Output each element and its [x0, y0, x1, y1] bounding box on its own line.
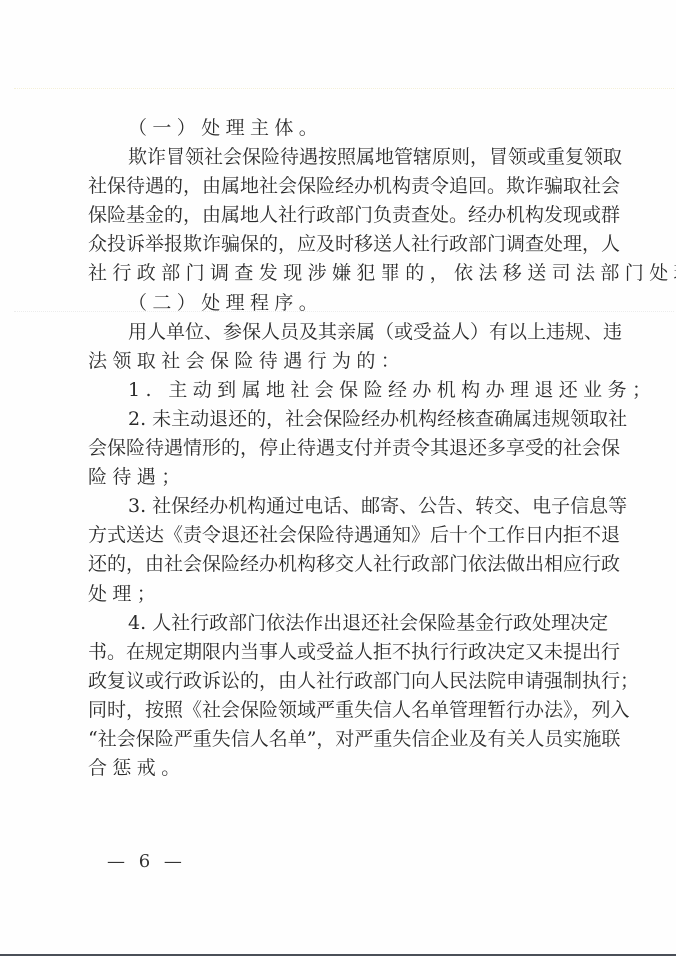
page-number: — 6 — [107, 851, 186, 872]
paragraph-line: 还的，由社会保险经办机构移交人社行政部门依法做出相应行政 [88, 550, 592, 579]
paragraph-line: 社行政部门调查发现涉嫌犯罪的，依法移送司法部门处理。 [88, 259, 592, 288]
list-item-4: 4. 人社行政部门依法作出退还社会保险基金行政处理决定 [88, 609, 592, 638]
section-heading-handling-subject: （一）处理主体。 [88, 114, 592, 143]
paragraph-line: 险待遇； [88, 463, 592, 492]
scan-artifact-line [14, 88, 674, 90]
paragraph-line: 处理； [88, 580, 592, 609]
paragraph-line: 欺诈冒领社会保险待遇按照属地管辖原则，冒领或重复领取 [88, 143, 592, 172]
paragraph-line: 书。在规定期限内当事人或受益人拒不执行行政决定又未提出行 [88, 638, 592, 667]
paragraph-line: 方式送达《责令退还社会保险待遇通知》后十个工作日内拒不退 [88, 521, 592, 550]
paragraph-line: 用人单位、参保人员及其亲属（或受益人）有以上违规、违 [88, 318, 592, 347]
paragraph-line: 合惩戒。 [88, 754, 592, 783]
paragraph-line: 同时，按照《社会保险领域严重失信人名单管理暂行办法》，列入 [88, 696, 592, 725]
document-page: （一）处理主体。 欺诈冒领社会保险待遇按照属地管辖原则，冒领或重复领取 社保待遇… [0, 0, 676, 954]
list-item-2: 2. 未主动退还的，社会保险经办机构经核查确属违规领取社 [88, 405, 592, 434]
paragraph-line: “社会保险严重失信人名单”，对严重失信企业及有关人员实施联 [88, 725, 592, 754]
list-item-3: 3. 社保经办机构通过电话、邮寄、公告、转交、电子信息等 [88, 492, 592, 521]
list-item-1: 1. 主动到属地社会保险经办机构办理退还业务； [88, 376, 592, 405]
paragraph-line: 社保待遇的，由属地社会保险经办机构责令追回。欺诈骗取社会 [88, 172, 592, 201]
section-heading-handling-procedure: （二）处理程序。 [88, 289, 592, 318]
paragraph-line: 政复议或行政诉讼的，由人社行政部门向人民法院申请强制执行； [88, 667, 592, 696]
paragraph-line: 保险基金的，由属地人社行政部门负责查处。经办机构发现或群 [88, 201, 592, 230]
paragraph-line: 会保险待遇情形的，停止待遇支付并责令其退还多享受的社会保 [88, 434, 592, 463]
paragraph-line: 法领取社会保险待遇行为的： [88, 347, 592, 376]
paragraph-line: 众投诉举报欺诈骗保的，应及时移送人社行政部门调查处理，人 [88, 230, 592, 259]
document-body: （一）处理主体。 欺诈冒领社会保险待遇按照属地管辖原则，冒领或重复领取 社保待遇… [88, 114, 592, 783]
